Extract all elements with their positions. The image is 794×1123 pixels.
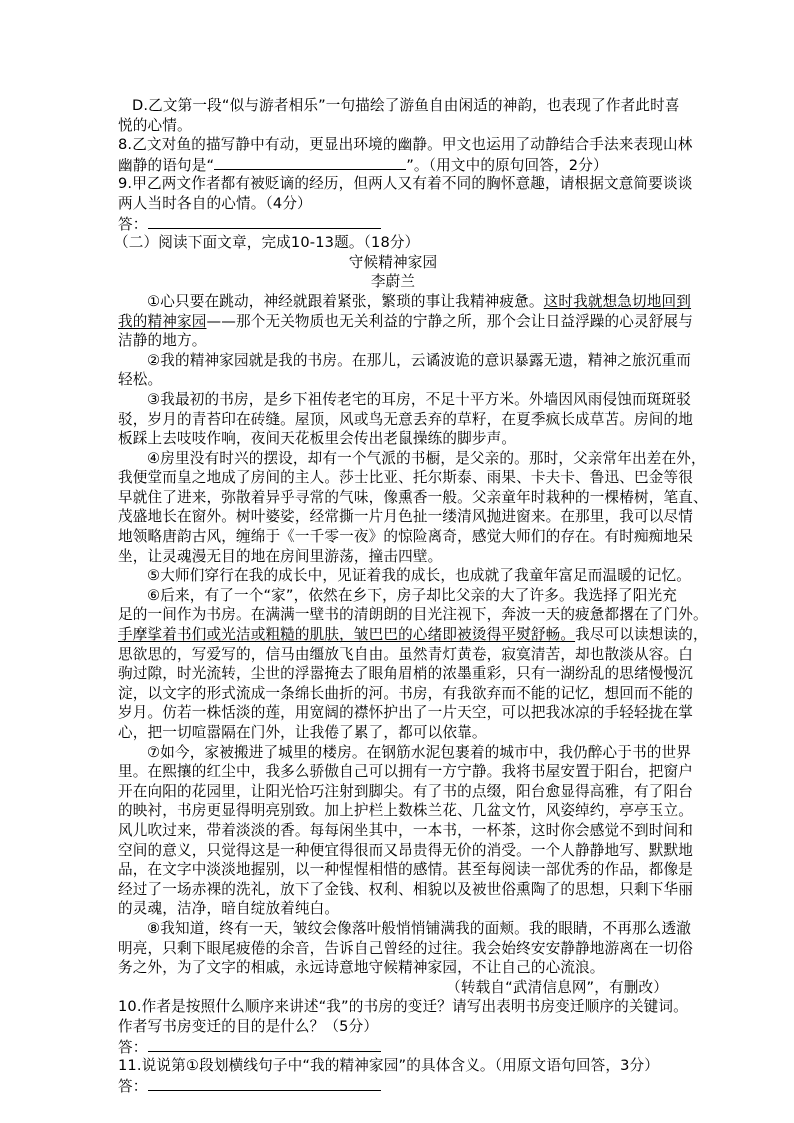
p3-line-2: 驳，岁月的青苔印在砖缝。屋顶，风或鸟无意丢弃的草籽，在夏季疯长成草苫。房间的地 [118, 410, 668, 430]
q10-line-2: 作者写书房变迁的目的是什么？（5分） [118, 1017, 668, 1037]
q11-answer-blank[interactable] [148, 1076, 381, 1091]
q7-option-d-line-2: 悦的心情。 [118, 116, 668, 136]
p7-line-8: 经过了一场赤裸的洗礼，放下了金钱、权利、相貌以及被世俗熏陶了的思想，只剩下华丽 [118, 880, 668, 900]
p7-line-7: 品，在文字中淡淡地握别，以一种惺惺相惜的感情。甚至每阅读一部优秀的作品，都像是 [118, 860, 668, 880]
article-source: （转载自“武清信息网”，有删改） [118, 978, 668, 998]
p6-line-4: 思欲思的，写爱写的，信马由缰放飞自由。虽然青灯黄卷，寂寞清苦，却也散淡从容。白 [118, 645, 668, 665]
p6-line-5: 驹过隙，时光流转，尘世的浮嚣掩去了眼角眉梢的浓墨重彩，只有一湖纷乱的思绪慢慢沉 [118, 664, 668, 684]
p7-line-1: ⑦如今，家被搬进了城里的楼房。在钢筋水泥包裹着的城市中，我仍醉心于书的世界 [118, 743, 668, 763]
q11-answer-label: 答： [118, 1078, 148, 1095]
p7-line-3: 开在向阳的花园里，让阳光恰巧注射到脚尖。有了书的点缀，阳台愈显得高雅，有了阳台 [118, 782, 668, 802]
p8-line-3: 务之外，为了文字的相戚，永远诗意地守候精神家园，不让自己的心流浪。 [118, 958, 668, 978]
article-title: 守候精神家园 [118, 253, 668, 273]
q10-answer-row: 答： [118, 1037, 668, 1057]
q9-answer-label: 答： [118, 216, 148, 233]
q10-answer-blank[interactable] [148, 1037, 381, 1052]
q7-option-d-line-1: D.乙文第一段“似与游者相乐”一句描绘了游鱼自由闲适的神韵，也表现了作者此时喜 [118, 96, 668, 116]
p1-underlined-sentence-part-1: 这时我就想急切地回到 [544, 293, 691, 310]
q10-line-1: 10.作者是按照什么顺序来讲述“我”的书房的变迁？请写出表明书房变迁顺序的关键词… [118, 997, 668, 1017]
q8-line-1: 8.乙文对鱼的描写静中有动，更显出环境的幽静。甲文也运用了动静结合手法来表现山林 [118, 135, 668, 155]
p2-line-1: ②我的精神家园就是我的书房。在那儿，云谲波诡的意识暴露无遗，精神之旅沉重而 [118, 351, 668, 371]
q9-answer-row: 答： [118, 214, 668, 234]
q9-line-2: 两人当时各自的心情。（4分） [118, 194, 668, 214]
p6-line-1: ⑥后来，有了一个“家”，依然在乡下，房子却比父亲的大了许多。我选择了阳光充 [118, 586, 668, 606]
p4-line-6: 坐，让灵魂漫无目的地在房间里游荡，撞击四壁。 [118, 547, 668, 567]
p1-underlined-sentence-part-2: 我的精神家园 [118, 313, 206, 330]
q8-suffix: ”。（用文中的原句回答，2分） [406, 157, 608, 174]
document-content: D.乙文第一段“似与游者相乐”一句描绘了游鱼自由闲适的神韵，也表现了作者此时喜 … [118, 96, 668, 1095]
p6-line-8: 心，把一切喧嚣隔在门外，让我倦了累了，都可以依靠。 [118, 723, 668, 743]
p4-line-3: 早就住了进来，弥散着异乎寻常的气味，像熏香一般。父亲童年时栽种的一棵椿树，笔直、 [118, 488, 668, 508]
p6-line-7: 岁月。仿若一株恬淡的莲，用宽阔的襟怀护出了一片天空，可以把我冰凉的手轻轻拢在掌 [118, 703, 668, 723]
p2-line-2: 轻松。 [118, 370, 668, 390]
p7-line-4: 的映衬，书房更显得明亮别致。加上护栏上数株兰花、几盆文竹，风姿绰约，亭亭玉立。 [118, 801, 668, 821]
p3-line-1: ③我最初的书房，是乡下祖传老宅的耳房，不足十平方米。外墙因风雨侵蚀而斑斑驳 [118, 390, 668, 410]
article-author: 李蔚兰 [118, 272, 668, 292]
p4-line-2: 我便堂而皇之地成了房间的主人。莎士比亚、托尔斯泰、雨果、卡夫卡、鲁迅、巴金等很 [118, 468, 668, 488]
q8-answer-blank[interactable] [214, 155, 406, 170]
q9-answer-blank[interactable] [148, 214, 381, 229]
section-2-heading: （二）阅读下面文章，完成10-13题。（18分） [114, 233, 668, 253]
p7-line-6: 空间的意义，只觉得这是一种便宜得很而又昂贵得无价的消受。一个人静静地写、默默地 [118, 841, 668, 861]
p7-line-9: 的灵魂，洁净，暗自绽放着纯白。 [118, 899, 668, 919]
p6-line-3: 手摩挲着书们或光洁或粗糙的肌肤，皱巴巴的心绪即被烫得平熨舒畅。我尽可以读想读的， [118, 625, 668, 645]
p6-line-2: 足的一间作为书房。在满满一壁书的清朗朗的目光注视下，奔波一天的疲惫都撂在了门外。 [118, 605, 668, 625]
document-page: D.乙文第一段“似与游者相乐”一句描绘了游鱼自由闲适的神韵，也表现了作者此时喜 … [0, 0, 794, 1123]
p1-line-1: ①心只要在跳动，神经就跟着紧张，繁琐的事让我精神疲惫。这时我就想急切地回到 [118, 292, 668, 312]
p6-text: 我尽可以读想读的， [575, 626, 708, 643]
q11-line-1: 11.说说第①段划横线句子中“我的精神家园”的具体含义。（用原文语句回答，3分） [118, 1056, 668, 1076]
q8-line-2: 幽静的语句是“”。（用文中的原句回答，2分） [118, 155, 668, 175]
q9-line-1: 9.甲乙两文作者都有被贬谪的经历，但两人又有着不同的胸怀意趣，请根据文意简要谈谈 [118, 174, 668, 194]
p7-line-2: 里。在熙攘的红尘中，我多么骄傲自己可以拥有一方宁静。我将书屋安置于阳台，把窗户 [118, 762, 668, 782]
p6-underlined-sentence: 手摩挲着书们或光洁或粗糙的肌肤，皱巴巴的心绪即被烫得平熨舒畅。 [118, 626, 575, 643]
p1-line-2: 我的精神家园——那个无关物质也无关利益的宁静之所，那个会让日益浮躁的心灵舒展与 [118, 312, 668, 332]
p1-text: ①心只要在跳动，神经就跟着紧张，繁琐的事让我精神疲惫。 [147, 293, 544, 310]
p7-line-5: 风儿吹过来，带着淡淡的香。每每闲坐其中，一本书，一杯茶，这时你会感觉不到时间和 [118, 821, 668, 841]
q11-answer-row: 答： [118, 1076, 668, 1096]
p4-line-1: ④房里没有时兴的摆设，却有一个气派的书橱，是父亲的。那时，父亲常年出差在外， [118, 449, 668, 469]
p6-line-6: 淀，以文字的形式流成一条绵长曲折的河。书房，有我欲弃而不能的记忆，想回而不能的 [118, 684, 668, 704]
q10-answer-label: 答： [118, 1039, 148, 1056]
p4-line-5: 地领略唐韵古风，缠绵于《一千零一夜》的惊险离奇，感觉大师们的存在。有时痴痴地呆 [118, 527, 668, 547]
p1-line-3: 洁静的地方。 [118, 331, 668, 351]
p8-line-2: 明亮，只剩下眼尾疲倦的余音，告诉自己曾经的过往。我会始终安安静静地游离在一切俗 [118, 939, 668, 959]
p1-text-2: ——那个无关物质也无关利益的宁静之所，那个会让日益浮躁的心灵舒展与 [206, 313, 693, 330]
p5-line-1: ⑤大师们穿行在我的成长中，见证着我的成长，也成就了我童年富足而温暖的记忆。 [118, 566, 668, 586]
p4-line-4: 茂盛地长在窗外。树叶婆娑，经常撕一片月色扯一缕清风抛进窗来。在那里，我可以尽情 [118, 507, 668, 527]
p8-line-1: ⑧我知道，终有一天，皱纹会像落叶般悄悄铺满我的面颊。我的眼睛，不再那么透澈 [118, 919, 668, 939]
q8-prefix: 幽静的语句是“ [118, 157, 214, 174]
p3-line-3: 板踩上去吱吱作响，夜间天花板里会传出老鼠操练的脚步声。 [118, 429, 668, 449]
